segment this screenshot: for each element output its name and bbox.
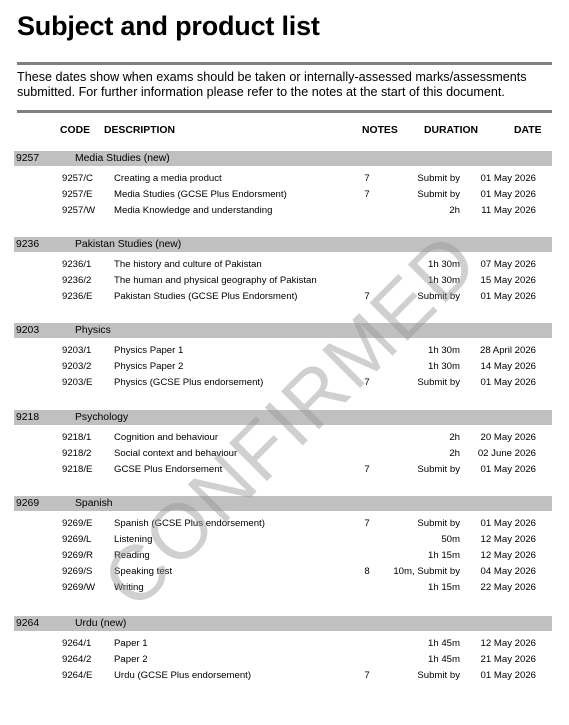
component-code: 9218/E bbox=[62, 462, 92, 478]
component-duration: 1h 30m bbox=[428, 273, 460, 289]
table-row: 9269/SSpeaking test810m, Submit by04 May… bbox=[14, 564, 552, 580]
component-description: Pakistan Studies (GCSE Plus Endorsment) bbox=[114, 289, 297, 305]
component-code: 9203/1 bbox=[62, 343, 91, 359]
subject-name: Physics bbox=[75, 323, 111, 338]
component-code: 9257/C bbox=[62, 171, 93, 187]
component-date: 28 April 2026 bbox=[480, 343, 536, 359]
component-notes: 7 bbox=[362, 375, 372, 391]
component-date: 01 May 2026 bbox=[481, 462, 536, 478]
column-header-duration: DURATION bbox=[424, 124, 478, 137]
component-date: 02 June 2026 bbox=[478, 446, 536, 462]
subject-code: 9264 bbox=[16, 616, 39, 631]
component-code: 9236/E bbox=[62, 289, 92, 305]
component-description: The human and physical geography of Paki… bbox=[114, 273, 317, 289]
component-description: Cognition and behaviour bbox=[114, 430, 218, 446]
column-header-description: DESCRIPTION bbox=[104, 124, 175, 137]
subject-header: 9257Media Studies (new) bbox=[14, 151, 552, 166]
component-description: Creating a media product bbox=[114, 171, 222, 187]
component-duration: 1h 15m bbox=[428, 548, 460, 564]
component-notes: 7 bbox=[362, 462, 372, 478]
table-row: 9269/WWriting1h 15m22 May 2026 bbox=[14, 580, 552, 596]
subject-code: 9203 bbox=[16, 323, 39, 338]
subject-header: 9236Pakistan Studies (new) bbox=[14, 237, 552, 252]
component-description: The history and culture of Pakistan bbox=[114, 257, 262, 273]
table-row: 9264/2Paper 21h 45m21 May 2026 bbox=[14, 652, 552, 668]
subject-name: Media Studies (new) bbox=[75, 151, 170, 166]
subject-code: 9269 bbox=[16, 496, 39, 511]
component-date: 21 May 2026 bbox=[481, 652, 536, 668]
table-row: 9269/ESpanish (GCSE Plus endorsement)7Su… bbox=[14, 516, 552, 532]
column-header-notes: NOTES bbox=[362, 124, 398, 137]
component-notes: 7 bbox=[362, 668, 372, 684]
component-duration: 1h 30m bbox=[428, 343, 460, 359]
table-row: 9236/EPakistan Studies (GCSE Plus Endors… bbox=[14, 289, 552, 305]
component-description: Writing bbox=[114, 580, 144, 596]
component-date: 01 May 2026 bbox=[481, 516, 536, 532]
component-duration: Submit by bbox=[417, 171, 460, 187]
divider-top bbox=[17, 62, 552, 65]
table-row: 9269/RReading1h 15m12 May 2026 bbox=[14, 548, 552, 564]
component-description: Physics Paper 2 bbox=[114, 359, 183, 375]
table-row: 9203/2Physics Paper 21h 30m14 May 2026 bbox=[14, 359, 552, 375]
table-row: 9236/2The human and physical geography o… bbox=[14, 273, 552, 289]
component-description: GCSE Plus Endorsement bbox=[114, 462, 222, 478]
component-code: 9218/2 bbox=[62, 446, 91, 462]
table-row: 9257/WMedia Knowledge and understanding2… bbox=[14, 203, 552, 219]
divider-bottom bbox=[17, 110, 552, 113]
component-description: Paper 1 bbox=[114, 636, 148, 652]
component-duration: 1h 45m bbox=[428, 652, 460, 668]
subject-header: 9218Psychology bbox=[14, 410, 552, 425]
component-date: 12 May 2026 bbox=[481, 548, 536, 564]
table-row: 9257/CCreating a media product7Submit by… bbox=[14, 171, 552, 187]
component-description: Listening bbox=[114, 532, 152, 548]
subject-header: 9203Physics bbox=[14, 323, 552, 338]
component-code: 9203/2 bbox=[62, 359, 91, 375]
component-code: 9236/1 bbox=[62, 257, 91, 273]
component-date: 04 May 2026 bbox=[481, 564, 536, 580]
subject-code: 9218 bbox=[16, 410, 39, 425]
component-description: Physics (GCSE Plus endorsement) bbox=[114, 375, 263, 391]
subject-name: Pakistan Studies (new) bbox=[75, 237, 181, 252]
component-duration: Submit by bbox=[417, 187, 460, 203]
intro-text: These dates show when exams should be ta… bbox=[17, 70, 552, 100]
table-row: 9236/1The history and culture of Pakista… bbox=[14, 257, 552, 273]
component-notes: 7 bbox=[362, 289, 372, 305]
component-date: 12 May 2026 bbox=[481, 636, 536, 652]
component-description: Media Studies (GCSE Plus Endorsment) bbox=[114, 187, 287, 203]
component-duration: 1h 15m bbox=[428, 580, 460, 596]
component-duration: 1h 30m bbox=[428, 359, 460, 375]
component-description: Media Knowledge and understanding bbox=[114, 203, 272, 219]
component-code: 9269/R bbox=[62, 548, 93, 564]
subject-code: 9236 bbox=[16, 237, 39, 252]
component-code: 9203/E bbox=[62, 375, 92, 391]
table-row: 9218/1Cognition and behaviour2h20 May 20… bbox=[14, 430, 552, 446]
component-duration: 2h bbox=[449, 203, 460, 219]
component-code: 9269/W bbox=[62, 580, 95, 596]
table-row: 9203/EPhysics (GCSE Plus endorsement)7Su… bbox=[14, 375, 552, 391]
component-duration: 50m bbox=[441, 532, 460, 548]
component-date: 22 May 2026 bbox=[481, 580, 536, 596]
component-code: 9257/W bbox=[62, 203, 95, 219]
subject-name: Psychology bbox=[75, 410, 128, 425]
component-description: Social context and behaviour bbox=[114, 446, 237, 462]
component-date: 01 May 2026 bbox=[481, 289, 536, 305]
subject-name: Urdu (new) bbox=[75, 616, 126, 631]
component-description: Spanish (GCSE Plus endorsement) bbox=[114, 516, 265, 532]
component-duration: Submit by bbox=[417, 375, 460, 391]
component-description: Urdu (GCSE Plus endorsement) bbox=[114, 668, 251, 684]
subject-code: 9257 bbox=[16, 151, 39, 166]
component-notes: 7 bbox=[362, 171, 372, 187]
component-code: 9218/1 bbox=[62, 430, 91, 446]
component-duration: 1h 30m bbox=[428, 257, 460, 273]
component-date: 01 May 2026 bbox=[481, 668, 536, 684]
subject-header: 9269Spanish bbox=[14, 496, 552, 511]
component-date: 20 May 2026 bbox=[481, 430, 536, 446]
column-header-date: DATE bbox=[514, 124, 542, 137]
component-date: 11 May 2026 bbox=[481, 203, 536, 219]
table-row: 9218/EGCSE Plus Endorsement7Submit by01 … bbox=[14, 462, 552, 478]
component-description: Reading bbox=[114, 548, 150, 564]
table-row: 9203/1Physics Paper 11h 30m28 April 2026 bbox=[14, 343, 552, 359]
page-title: Subject and product list bbox=[17, 9, 320, 43]
table-row: 9257/EMedia Studies (GCSE Plus Endorsmen… bbox=[14, 187, 552, 203]
component-date: 07 May 2026 bbox=[481, 257, 536, 273]
component-duration: Submit by bbox=[417, 516, 460, 532]
component-duration: 2h bbox=[449, 430, 460, 446]
component-duration: Submit by bbox=[417, 289, 460, 305]
subject-header: 9264Urdu (new) bbox=[14, 616, 552, 631]
table-row: 9218/2Social context and behaviour2h02 J… bbox=[14, 446, 552, 462]
component-code: 9269/S bbox=[62, 564, 92, 580]
component-notes: 7 bbox=[362, 187, 372, 203]
component-duration: Submit by bbox=[417, 668, 460, 684]
table-row: 9264/1Paper 11h 45m12 May 2026 bbox=[14, 636, 552, 652]
component-code: 9269/E bbox=[62, 516, 92, 532]
component-description: Physics Paper 1 bbox=[114, 343, 183, 359]
component-duration: Submit by bbox=[417, 462, 460, 478]
table-row: 9264/EUrdu (GCSE Plus endorsement)7Submi… bbox=[14, 668, 552, 684]
component-code: 9264/1 bbox=[62, 636, 91, 652]
table-row: 9269/LListening50m12 May 2026 bbox=[14, 532, 552, 548]
component-date: 12 May 2026 bbox=[481, 532, 536, 548]
component-date: 15 May 2026 bbox=[481, 273, 536, 289]
component-code: 9264/E bbox=[62, 668, 92, 684]
component-duration: 1h 45m bbox=[428, 636, 460, 652]
component-code: 9257/E bbox=[62, 187, 92, 203]
component-date: 14 May 2026 bbox=[481, 359, 536, 375]
component-description: Speaking test bbox=[114, 564, 172, 580]
component-notes: 8 bbox=[362, 564, 372, 580]
component-code: 9236/2 bbox=[62, 273, 91, 289]
column-header-code: CODE bbox=[60, 124, 90, 137]
component-code: 9269/L bbox=[62, 532, 91, 548]
component-duration: 2h bbox=[449, 446, 460, 462]
component-duration: 10m, Submit by bbox=[393, 564, 460, 580]
component-date: 01 May 2026 bbox=[481, 375, 536, 391]
component-notes: 7 bbox=[362, 516, 372, 532]
component-date: 01 May 2026 bbox=[481, 171, 536, 187]
subject-name: Spanish bbox=[75, 496, 113, 511]
component-date: 01 May 2026 bbox=[481, 187, 536, 203]
component-code: 9264/2 bbox=[62, 652, 91, 668]
component-description: Paper 2 bbox=[114, 652, 148, 668]
